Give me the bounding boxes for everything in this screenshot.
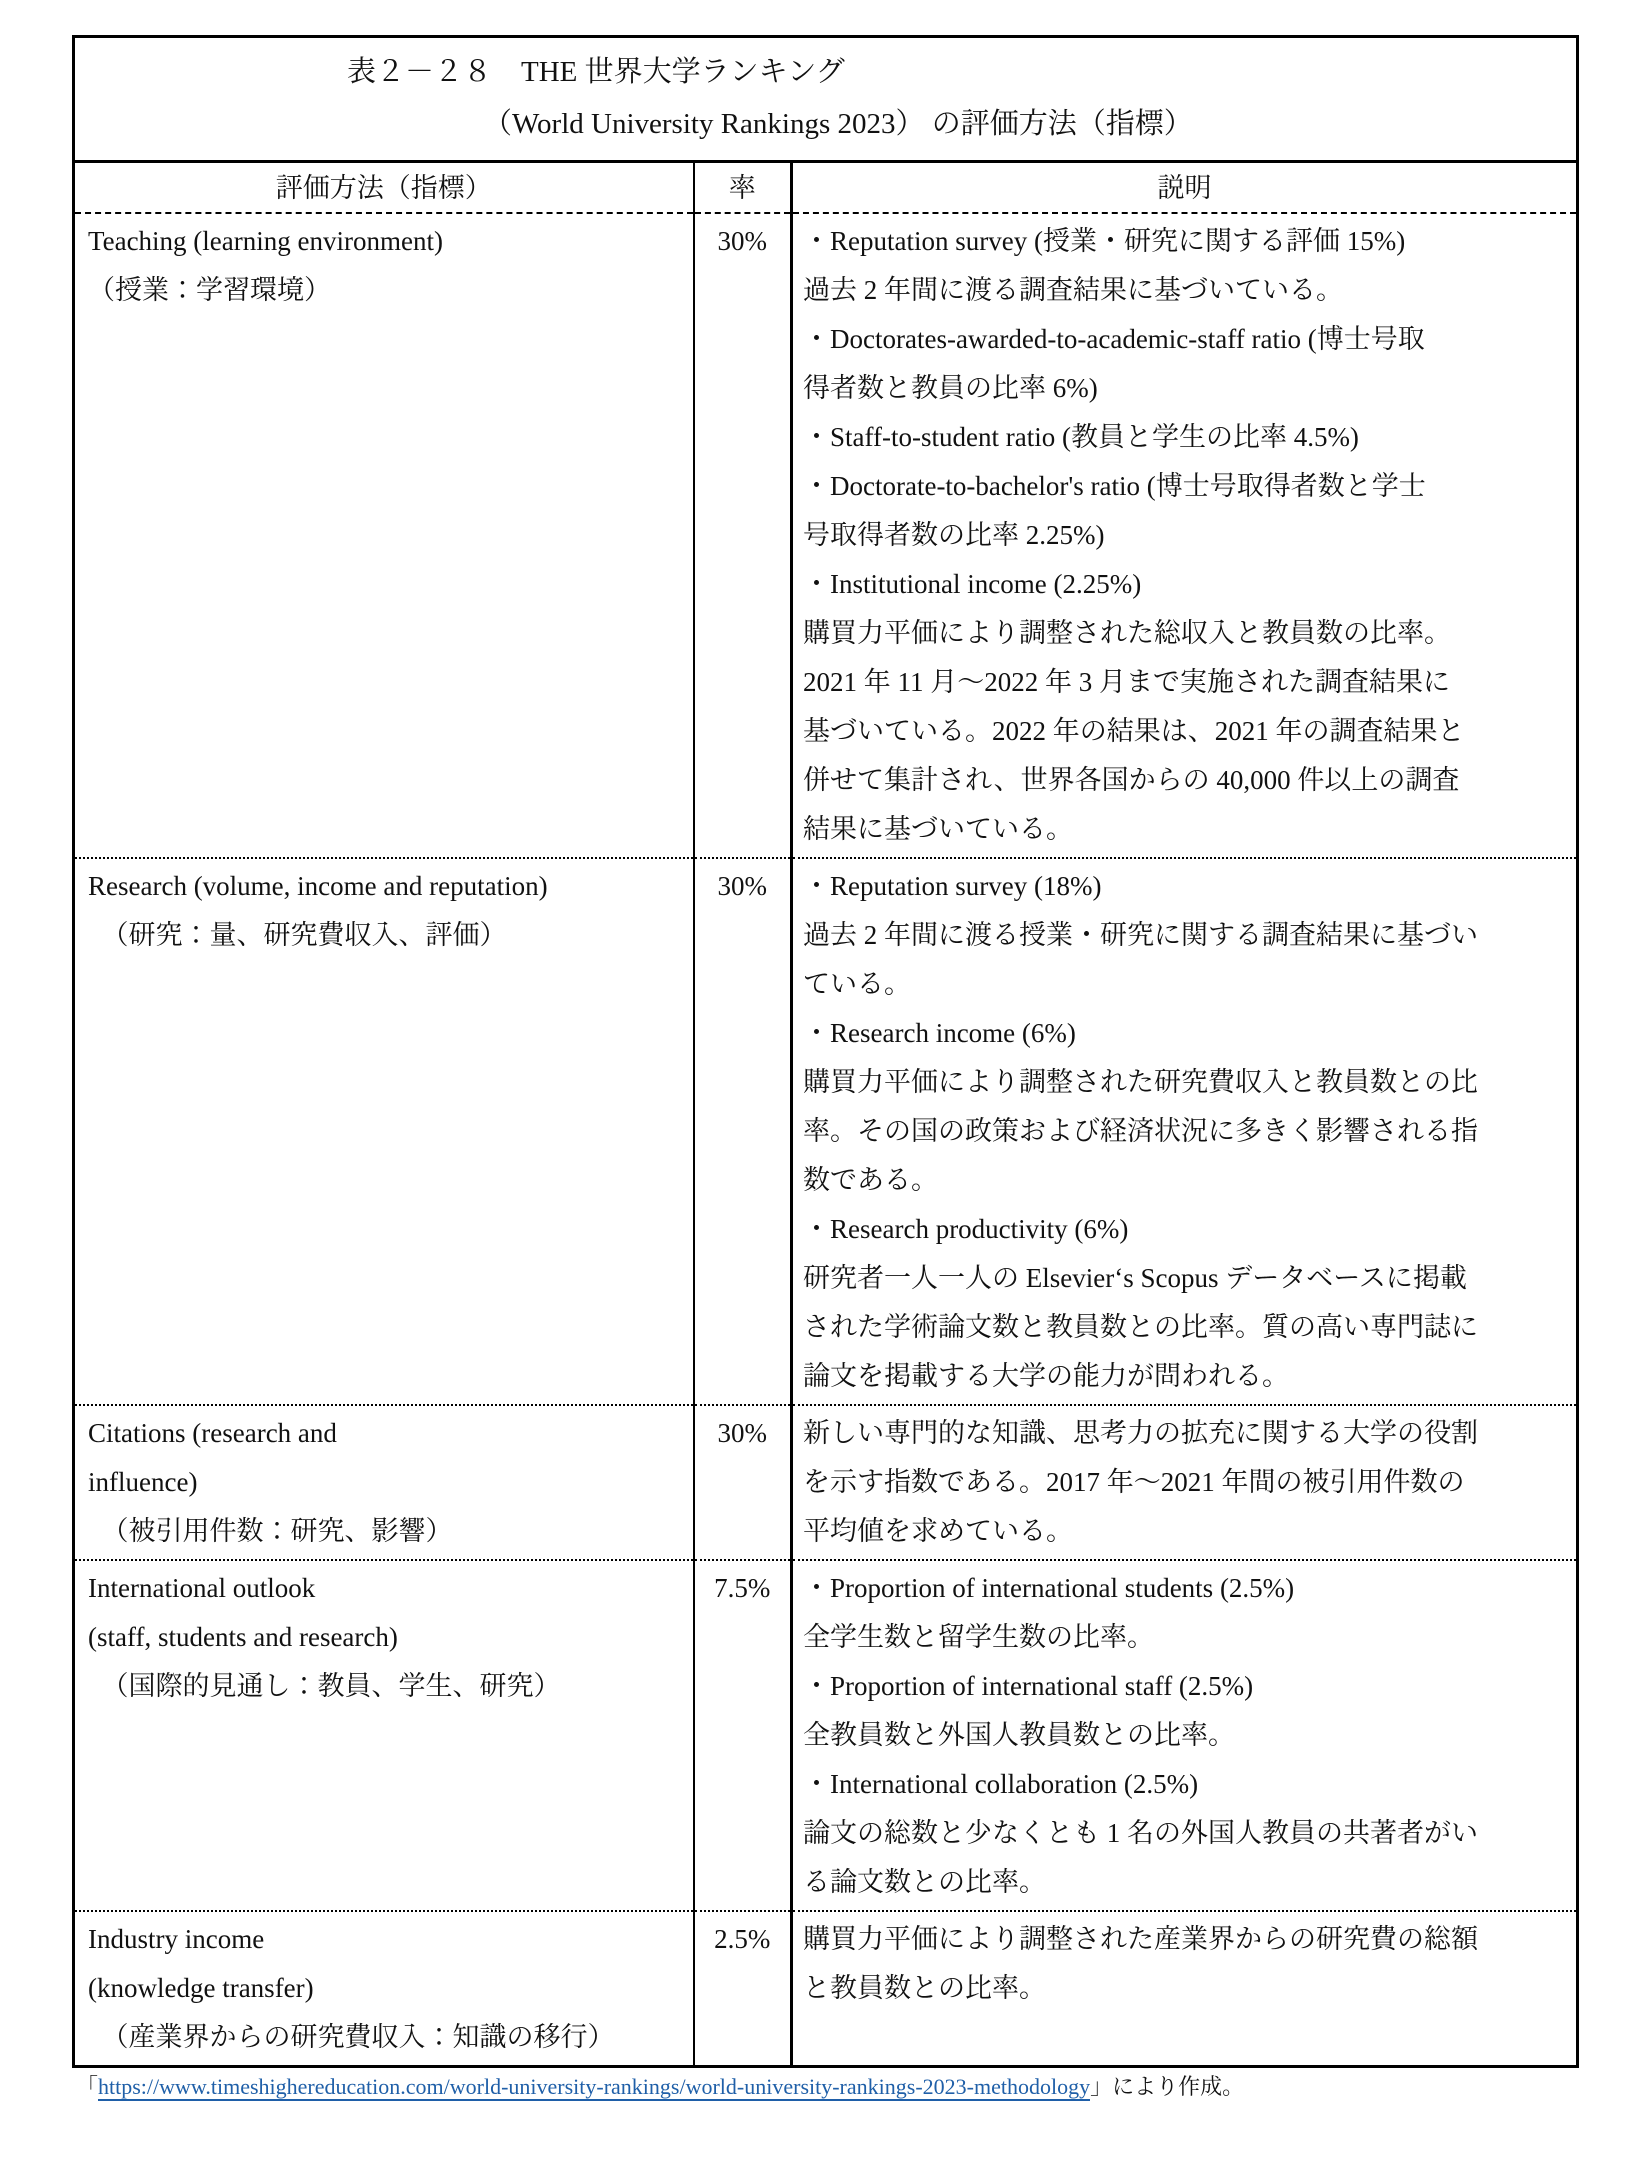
table-title-line1: 表２－２８ THE 世界大学ランキング bbox=[75, 46, 1576, 98]
text-line: 新しい専門的な知識、思考力の拡充に関する大学の役割 bbox=[803, 1409, 1568, 1458]
table-row: Research (volume, income and reputation)… bbox=[74, 858, 1578, 1405]
text-line: と教員数との比率。 bbox=[803, 1964, 1568, 2013]
text-line: 全学生数と留学生数の比率。 bbox=[803, 1613, 1568, 1662]
text-line: International outlook bbox=[88, 1564, 683, 1613]
text-line: ・Institutional income (2.25%) bbox=[803, 560, 1568, 609]
source-note: 「https://www.timeshighereducation.com/wo… bbox=[76, 2072, 1244, 2102]
text-line: ・Research productivity (6%) bbox=[803, 1205, 1568, 1254]
text-line: ・Research income (6%) bbox=[803, 1009, 1568, 1058]
text-line: 得者数と教員の比率 6%) bbox=[803, 364, 1568, 413]
method-cell: Teaching (learning environment)（授業：学習環境） bbox=[74, 213, 694, 858]
table-title: 表２－２８ THE 世界大学ランキング （World University Ra… bbox=[74, 37, 1578, 162]
table-row: Industry income(knowledge transfer) （産業界… bbox=[74, 1911, 1578, 2067]
text-line: ・Reputation survey (授業・研究に関する評価 15%) bbox=[803, 217, 1568, 266]
text-line: 購買力平価により調整された産業界からの研究費の総額 bbox=[803, 1915, 1568, 1964]
column-header-description: 説明 bbox=[792, 162, 1578, 214]
text-line: 過去 2 年間に渡る授業・研究に関する調査結果に基づい bbox=[803, 911, 1568, 960]
text-line: Industry income bbox=[88, 1915, 683, 1964]
rate-cell: 7.5% bbox=[694, 1560, 792, 1911]
text-line: ・Doctorate-to-bachelor's ratio (博士号取得者数と… bbox=[803, 462, 1568, 511]
text-line: 購買力平価により調整された総収入と教員数の比率。 bbox=[803, 609, 1568, 658]
text-line: ・Reputation survey (18%) bbox=[803, 862, 1568, 911]
text-line: 論文の総数と少なくとも 1 名の外国人教員の共著者がい bbox=[803, 1809, 1568, 1858]
text-line: 全教員数と外国人教員数との比率。 bbox=[803, 1711, 1568, 1760]
rate-cell: 30% bbox=[694, 1405, 792, 1560]
method-cell: Industry income(knowledge transfer) （産業界… bbox=[74, 1911, 694, 2067]
text-line: 結果に基づいている。 bbox=[803, 805, 1568, 854]
text-line: (staff, students and research) bbox=[88, 1613, 683, 1662]
table-row: Citations (research andinfluence) （被引用件数… bbox=[74, 1405, 1578, 1560]
text-line: 併せて集計され、世界各国からの 40,000 件以上の調査 bbox=[803, 756, 1568, 805]
text-line: 購買力平価により調整された研究費収入と教員数との比 bbox=[803, 1058, 1568, 1107]
table-title-line2: （World University Rankings 2023） の評価方法（指… bbox=[75, 98, 1576, 150]
text-line: Research (volume, income and reputation) bbox=[88, 862, 683, 911]
description-cell: 購買力平価により調整された産業界からの研究費の総額と教員数との比率。 bbox=[792, 1911, 1578, 2067]
rate-cell: 2.5% bbox=[694, 1911, 792, 2067]
description-cell: ・Reputation survey (授業・研究に関する評価 15%)過去 2… bbox=[792, 213, 1578, 858]
ranking-methodology-table: 表２－２８ THE 世界大学ランキング （World University Ra… bbox=[72, 35, 1579, 2068]
text-line: 論文を掲載する大学の能力が問われる。 bbox=[803, 1352, 1568, 1401]
text-line: （研究：量、研究費収入、評価） bbox=[88, 911, 683, 960]
text-line: 率。その国の政策および経済状況に多きく影響される指 bbox=[803, 1107, 1568, 1156]
text-line: ている。 bbox=[803, 960, 1568, 1009]
description-cell: ・Reputation survey (18%)過去 2 年間に渡る授業・研究に… bbox=[792, 858, 1578, 1405]
text-line: 過去 2 年間に渡る調査結果に基づいている。 bbox=[803, 266, 1568, 315]
source-note-close-text: 」により作成。 bbox=[1090, 2074, 1244, 2099]
table-title-row: 表２－２８ THE 世界大学ランキング （World University Ra… bbox=[74, 37, 1578, 162]
text-line: 2021 年 11 月～2022 年 3 月まで実施された調査結果に bbox=[803, 658, 1568, 707]
description-cell: 新しい専門的な知識、思考力の拡充に関する大学の役割を示す指数である。2017 年… bbox=[792, 1405, 1578, 1560]
text-line: ・Proportion of international staff (2.5%… bbox=[803, 1662, 1568, 1711]
text-line: influence) bbox=[88, 1458, 683, 1507]
text-line: （被引用件数：研究、影響） bbox=[88, 1507, 683, 1556]
table-row: Teaching (learning environment)（授業：学習環境）… bbox=[74, 213, 1578, 858]
method-cell: International outlook(staff, students an… bbox=[74, 1560, 694, 1911]
text-line: ・International collaboration (2.5%) bbox=[803, 1760, 1568, 1809]
source-note-open-bracket: 「 bbox=[76, 2074, 98, 2099]
source-url-link[interactable]: https://www.timeshighereducation.com/wor… bbox=[98, 2074, 1090, 2101]
column-header-rate: 率 bbox=[694, 162, 792, 214]
table-header-row: 評価方法（指標） 率 説明 bbox=[74, 162, 1578, 214]
text-line: された学術論文数と教員数との比率。質の高い専門誌に bbox=[803, 1303, 1568, 1352]
text-line: ・Staff-to-student ratio (教員と学生の比率 4.5%) bbox=[803, 413, 1568, 462]
text-line: 平均値を求めている。 bbox=[803, 1507, 1568, 1556]
method-cell: Citations (research andinfluence) （被引用件数… bbox=[74, 1405, 694, 1560]
text-line: ・Proportion of international students (2… bbox=[803, 1564, 1568, 1613]
description-cell: ・Proportion of international students (2… bbox=[792, 1560, 1578, 1911]
table-row: International outlook(staff, students an… bbox=[74, 1560, 1578, 1911]
text-line: 研究者一人一人の Elsevier‘s Scopus データベースに掲載 bbox=[803, 1254, 1568, 1303]
rate-cell: 30% bbox=[694, 858, 792, 1405]
text-line: (knowledge transfer) bbox=[88, 1964, 683, 2013]
text-line: （産業界からの研究費収入：知識の移行） bbox=[88, 2013, 683, 2062]
document-page: 表２－２８ THE 世界大学ランキング （World University Ra… bbox=[0, 0, 1648, 2169]
text-line: を示す指数である。2017 年～2021 年間の被引用件数の bbox=[803, 1458, 1568, 1507]
rate-cell: 30% bbox=[694, 213, 792, 858]
text-line: （国際的見通し：教員、学生、研究） bbox=[88, 1662, 683, 1711]
text-line: る論文数との比率。 bbox=[803, 1858, 1568, 1907]
text-line: ・Doctorates-awarded-to-academic-staff ra… bbox=[803, 315, 1568, 364]
text-line: （授業：学習環境） bbox=[88, 266, 683, 315]
text-line: Citations (research and bbox=[88, 1409, 683, 1458]
text-line: Teaching (learning environment) bbox=[88, 217, 683, 266]
column-header-method: 評価方法（指標） bbox=[74, 162, 694, 214]
text-line: 基づいている。2022 年の結果は、2021 年の調査結果と bbox=[803, 707, 1568, 756]
method-cell: Research (volume, income and reputation)… bbox=[74, 858, 694, 1405]
text-line: 号取得者数の比率 2.25%) bbox=[803, 511, 1568, 560]
text-line: 数である。 bbox=[803, 1156, 1568, 1205]
